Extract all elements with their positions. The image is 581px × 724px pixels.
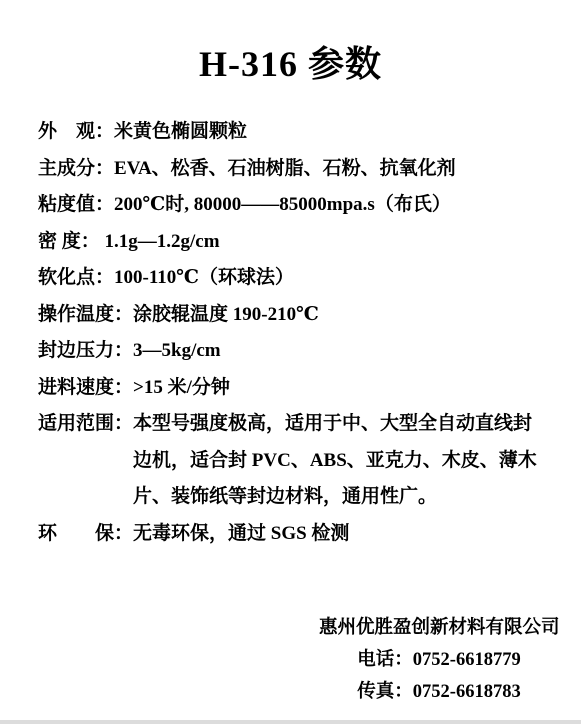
company-name: 惠州优胜盈创新材料有限公司: [319, 612, 559, 644]
spec-value: 3—5kg/cm: [133, 333, 547, 370]
spec-value: 涂胶辊温度 190-210℃: [133, 297, 547, 334]
spec-label: 粘度值：: [38, 187, 114, 224]
spec-value: >15 米/分钟: [133, 370, 547, 407]
spec-value: 1.1g—1.2g/cm: [100, 224, 547, 261]
spec-row-viscosity: 粘度值： 200℃时, 80000——85000mpa.s（布氏）: [38, 187, 547, 224]
spec-row-appearance: 外 观： 米黄色椭圆颗粒: [38, 114, 547, 151]
page-title: H-316 参数: [0, 42, 581, 86]
fax-label: 传真：: [357, 682, 413, 702]
spec-row-operating-temperature: 操作温度： 涂胶辊温度 190-210℃: [38, 297, 547, 334]
spec-value: 200℃时, 80000——85000mpa.s（布氏）: [114, 187, 547, 224]
spec-row-edge-pressure: 封边压力： 3—5kg/cm: [38, 333, 547, 370]
spec-row-environmental: 环 保： 无毒环保，通过 SGS 检测: [38, 516, 547, 553]
footer: 惠州优胜盈创新材料有限公司 电话：0752-6618779 传真：0752-66…: [319, 612, 559, 708]
spec-label: 软化点：: [38, 260, 114, 297]
spec-label: 主成分：: [38, 151, 114, 188]
spec-label: 操作温度：: [38, 297, 133, 334]
spec-list: 外 观： 米黄色椭圆颗粒 主成分： EVA、松香、石油树脂、石粉、抗氧化剂 粘度…: [0, 114, 581, 552]
phone-line: 电话：0752-6618779: [319, 644, 559, 676]
phone-number: 0752-6618779: [413, 650, 521, 670]
fax-line: 传真：0752-6618783: [319, 676, 559, 708]
spec-row-application-range: 适用范围： 本型号强度极高，适用于中、大型全自动直线封边机，适合封 PVC、AB…: [38, 406, 547, 516]
spec-row-density: 密 度： 1.1g—1.2g/cm: [38, 224, 547, 261]
spec-label: 封边压力：: [38, 333, 133, 370]
spec-value: 米黄色椭圆颗粒: [114, 114, 547, 151]
spec-row-softening-point: 软化点： 100-110℃（环球法）: [38, 260, 547, 297]
fax-number: 0752-6618783: [413, 682, 521, 702]
bottom-border: [0, 720, 581, 724]
document-page: H-316 参数 外 观： 米黄色椭圆颗粒 主成分： EVA、松香、石油树脂、石…: [0, 0, 581, 724]
phone-label: 电话：: [357, 650, 413, 670]
spec-value: 无毒环保，通过 SGS 检测: [133, 516, 547, 553]
spec-value: EVA、松香、石油树脂、石粉、抗氧化剂: [114, 151, 547, 188]
spec-label: 适用范围：: [38, 406, 133, 443]
spec-label: 进料速度：: [38, 370, 133, 407]
spec-label: 环 保：: [38, 516, 133, 553]
spec-row-main-ingredients: 主成分： EVA、松香、石油树脂、石粉、抗氧化剂: [38, 151, 547, 188]
spec-value: 本型号强度极高，适用于中、大型全自动直线封边机，适合封 PVC、ABS、亚克力、…: [133, 406, 547, 516]
spec-row-feed-speed: 进料速度： >15 米/分钟: [38, 370, 547, 407]
spec-label: 密 度：: [38, 224, 100, 261]
spec-value: 100-110℃（环球法）: [114, 260, 547, 297]
spec-label: 外 观：: [38, 114, 114, 151]
